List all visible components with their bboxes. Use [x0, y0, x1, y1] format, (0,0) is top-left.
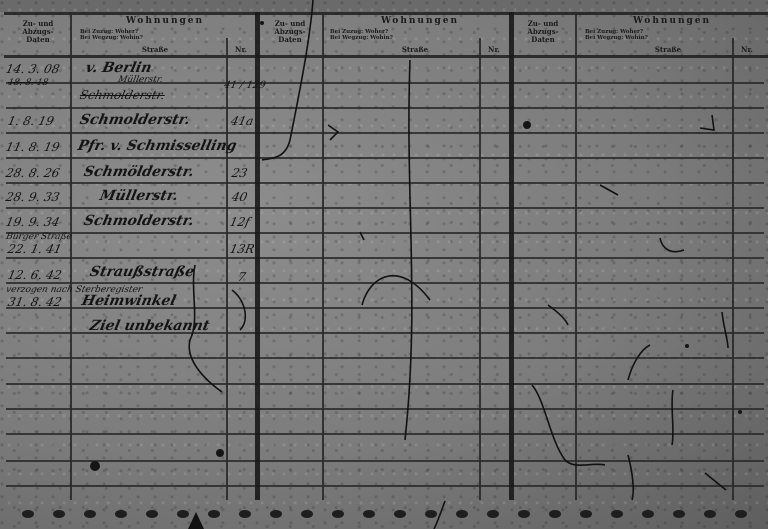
punch-hole — [549, 510, 561, 518]
punch-hole — [394, 510, 406, 518]
punch-hole — [456, 510, 468, 518]
punch-hole — [611, 510, 623, 518]
punch-hole — [704, 510, 716, 518]
stray-pen-marks — [0, 0, 768, 529]
punch-hole — [363, 510, 375, 518]
triangle-marker-icon — [188, 512, 204, 529]
punch-hole — [487, 510, 499, 518]
punch-hole — [332, 510, 344, 518]
registration-card: Zu- und Abzugs- Daten Wohnungen Bei Zuzu… — [0, 0, 768, 529]
punch-hole — [239, 510, 251, 518]
punch-hole — [425, 510, 437, 518]
punch-hole — [22, 510, 34, 518]
punch-hole — [84, 510, 96, 518]
punch-hole — [735, 510, 747, 518]
punch-hole — [518, 510, 530, 518]
punch-hole — [642, 510, 654, 518]
punch-hole — [301, 510, 313, 518]
punch-hole — [115, 510, 127, 518]
punch-hole — [53, 510, 65, 518]
punch-hole — [208, 510, 220, 518]
punch-hole — [270, 510, 282, 518]
punch-hole — [580, 510, 592, 518]
punch-hole — [146, 510, 158, 518]
punch-hole — [673, 510, 685, 518]
